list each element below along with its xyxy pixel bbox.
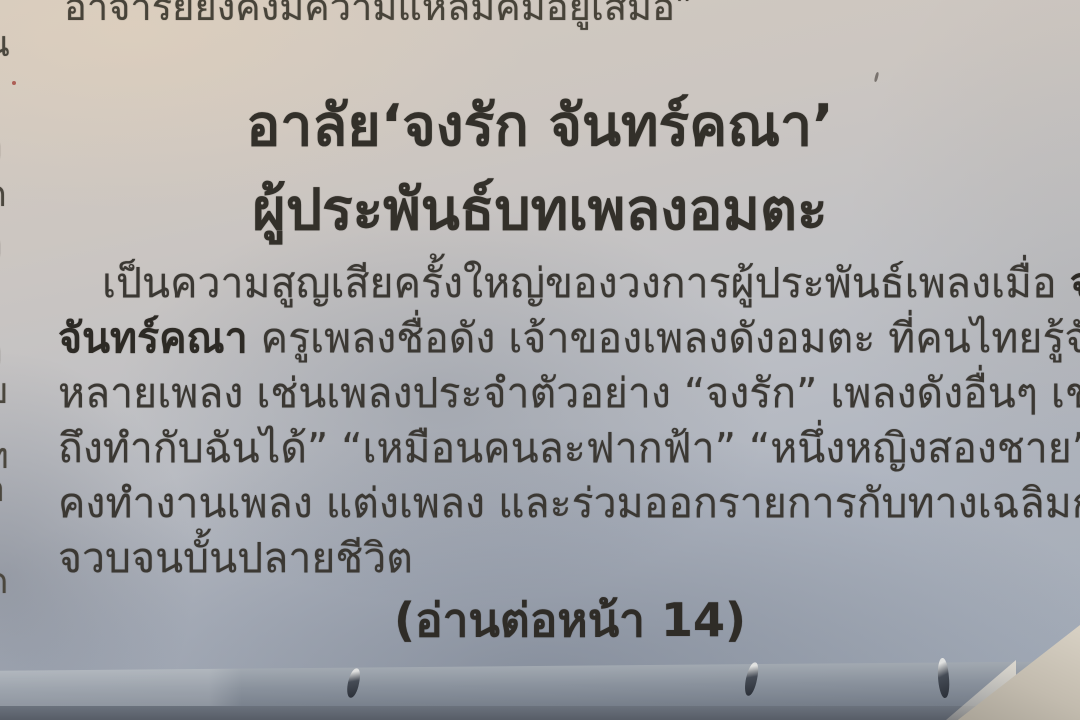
cropped-glyph-fragment: ด — [0, 562, 8, 602]
article-body-line: หลายเพลง เช่นเพลงประจำตัวอย่าง “จงรัก” เ… — [58, 366, 1022, 421]
article-headline: อาลัย‘จงรัก จันทร์คณา’ ผู้ประพันธ์บทเพลง… — [0, 84, 1080, 252]
cropped-glyph-fragment: บ — [0, 372, 8, 412]
cropped-glyph-fragment: ท — [0, 437, 9, 477]
text-segment: ครูเพลงชื่อดัง เจ้าของเพลงดังอมตะ ที่คนไ… — [261, 314, 1080, 362]
text-segment: เป็นความสูญเสียครั้งใหญ่ของวงการผู้ประพั… — [102, 259, 1057, 307]
cropped-glyph-fragment: ง — [0, 335, 3, 375]
text-segment: จวบจนบั้นปลายชีวิต — [58, 534, 413, 582]
article-body-line: จันทร์คณา ครูเพลงชื่อดัง เจ้าของเพลงดังอ… — [58, 311, 1022, 366]
previous-article-last-line: อาจารย์ยังคงมีความแหลมคมอยู่เสมอ” — [64, 0, 695, 33]
text-segment: ถึงทำกับฉันได้” “เหมือนคนละฟากฟ้า” “หนึ่… — [58, 424, 1080, 472]
continuation-note: (อ่านต่อหน้า 14) — [30, 590, 1080, 650]
headline-line-1: อาลัย‘จงรัก จันทร์คณา’ — [0, 84, 1080, 168]
article-body-line: เป็นความสูญเสียครั้งใหญ่ของวงการผู้ประพั… — [58, 256, 1022, 311]
article-body-line: จวบจนบั้นปลายชีวิต — [58, 531, 1022, 586]
article-body: เป็นความสูญเสียครั้งใหญ่ของวงการผู้ประพั… — [58, 256, 1022, 586]
bold-name-segment: จันทร์คณา — [58, 314, 248, 362]
newspaper-clipping-photo: อาจารย์ยังคงมีความแหลมคมอยู่เสมอ” อาลัย‘… — [0, 0, 1080, 720]
headline-line-2: ผู้ประพันธ์บทเพลงอมตะ — [0, 168, 1080, 252]
paper-speck — [12, 81, 16, 85]
cropped-glyph-fragment: า — [0, 470, 5, 510]
paper-speck — [874, 72, 879, 82]
text-segment: หลายเพลง เช่นเพลงประจำตัวอย่าง “จงรัก” เ… — [58, 369, 1080, 417]
text-segment: คงทำงานเพลง แต่งเพลง และร่วมออกรายการกับ… — [58, 479, 1080, 527]
page-bottom-edge — [0, 706, 1080, 720]
cropped-glyph-fragment: น — [0, 25, 10, 65]
article-body-line: คงทำงานเพลง แต่งเพลง และร่วมออกรายการกับ… — [58, 476, 1022, 531]
bold-name-segment: จงรัก — [1070, 259, 1080, 307]
article-body-line: ถึงทำกับฉันได้” “เหมือนคนละฟากฟ้า” “หนึ่… — [58, 421, 1022, 476]
